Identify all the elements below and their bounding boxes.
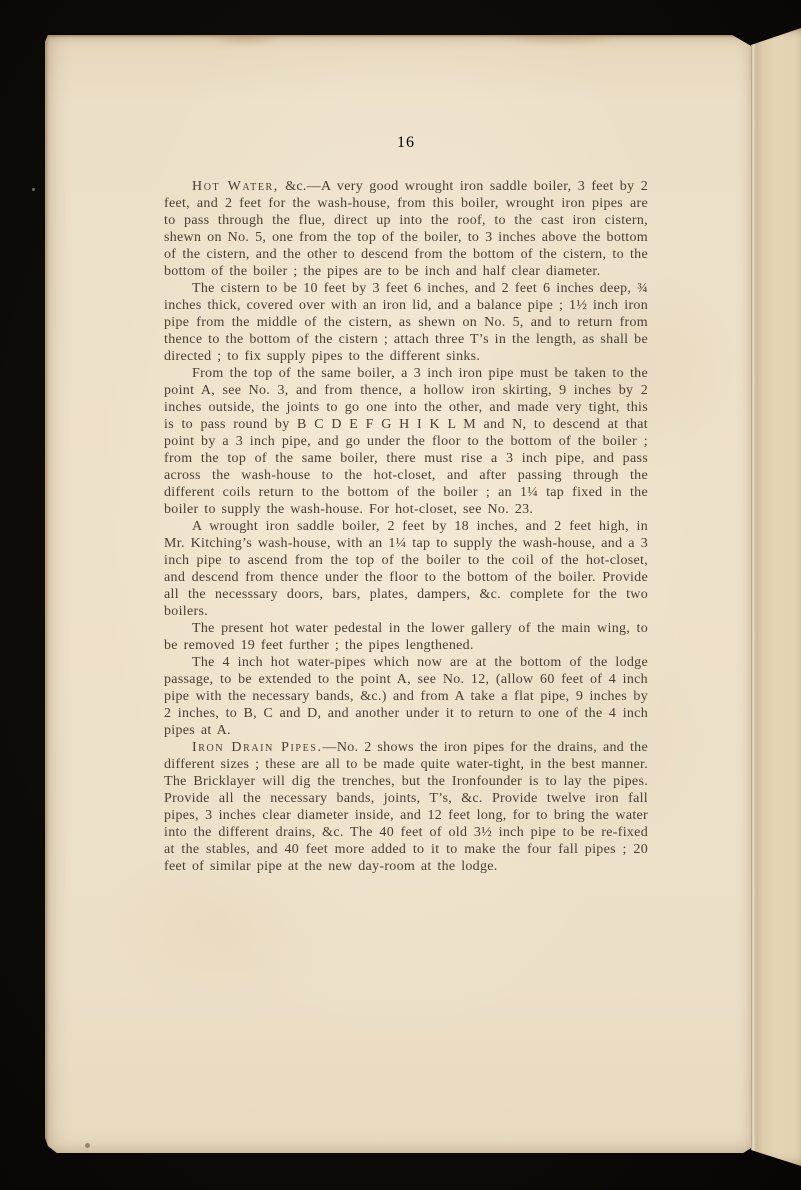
text-column: Hot Water, &c.—A very good wrought iron … bbox=[164, 178, 648, 875]
paragraph-lead: Iron Drain Pipes. bbox=[192, 740, 323, 755]
paragraph-text: A wrought iron saddle boiler, 2 feet by … bbox=[164, 519, 648, 619]
page-left-edge bbox=[45, 35, 49, 1153]
paragraph-text: The cistern to be 10 feet by 3 feet 6 in… bbox=[164, 281, 648, 364]
paragraph: The present hot water pedestal in the lo… bbox=[164, 620, 648, 654]
paragraph-text: The present hot water pedestal in the lo… bbox=[164, 621, 648, 653]
paragraph-text: —No. 2 shows the iron pipes for the drai… bbox=[164, 740, 648, 874]
paragraph: Hot Water, &c.—A very good wrought iron … bbox=[164, 178, 648, 280]
paragraph-text: The 4 inch hot water-pipes which now are… bbox=[164, 655, 648, 738]
paragraph: The cistern to be 10 feet by 3 feet 6 in… bbox=[164, 280, 648, 365]
book-page: 16 Hot Water, &c.—A very good wrought ir… bbox=[45, 35, 751, 1153]
dust-speck bbox=[32, 188, 35, 191]
page-number: 16 bbox=[164, 134, 648, 152]
book-fore-edge-pages bbox=[751, 28, 801, 1168]
paragraph-lead: Hot Water, bbox=[192, 179, 279, 194]
paragraph: The 4 inch hot water-pipes which now are… bbox=[164, 654, 648, 739]
paragraph-text: From the top of the same boiler, a 3 inc… bbox=[164, 366, 648, 517]
paragraph: Iron Drain Pipes.—No. 2 shows the iron p… bbox=[164, 739, 648, 875]
ink-speck bbox=[85, 1143, 90, 1148]
photo-backdrop: 16 Hot Water, &c.—A very good wrought ir… bbox=[0, 0, 801, 1190]
page-top-edge bbox=[45, 35, 751, 38]
paragraph: From the top of the same boiler, a 3 inc… bbox=[164, 365, 648, 518]
paragraph-text: &c.—A very good wrought iron saddle boil… bbox=[164, 179, 648, 279]
paragraph: A wrought iron saddle boiler, 2 feet by … bbox=[164, 518, 648, 620]
